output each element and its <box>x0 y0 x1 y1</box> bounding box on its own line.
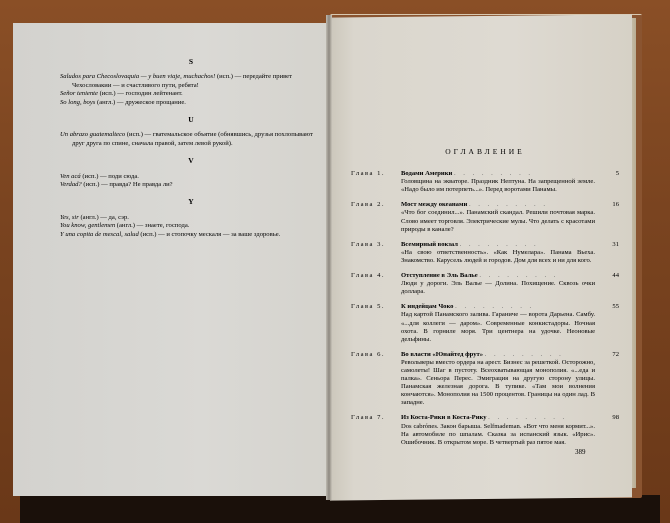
entry-term: Yes, sir <box>60 214 79 221</box>
chapter-title: Отступление в Эль Валье <box>401 272 478 279</box>
chapter-title-line: Из Коста-Рики в Коста-Рику . . . . . . .… <box>401 414 595 422</box>
chapter-body: Мост между океанами . . . . . . . . . «Ч… <box>401 201 595 233</box>
chapter-page: 16 <box>595 201 619 233</box>
toc-title: ОГЛАВЛЕНИЕ <box>351 148 619 156</box>
glossary-entry: Yes, sir (англ.) — да, сэр. <box>60 214 322 222</box>
chapter-body: Водами Америки . . . . . . . . . Головщи… <box>401 170 595 194</box>
chapter-page: 55 <box>595 303 619 343</box>
entry-term: Señor teniente <box>60 90 98 97</box>
section-letter: U <box>60 116 322 124</box>
entry-tag: (англ.) <box>97 99 115 106</box>
glossary-entry: Saludos para Checoslovaquia — y buen via… <box>60 73 322 90</box>
chapter-description: Над картой Панамского залива. Гараниче —… <box>401 311 595 343</box>
entry-term: Ven acá <box>60 173 81 180</box>
chapter-title-line: К индейцам Чоко . . . . . . . . . <box>401 303 595 311</box>
chapter-description: Люди у дороги. Эль Валье — Долина. Похищ… <box>401 280 595 296</box>
entry-tag: (исп.) <box>82 173 98 180</box>
chapter-title: Во власти «Юнайтед фрут» <box>401 351 483 358</box>
toc-list: Глава 1. Водами Америки . . . . . . . . … <box>351 170 619 447</box>
chapter-label: Глава 6. <box>351 351 401 408</box>
chapter-label: Глава 7. <box>351 414 401 446</box>
toc-entry: Глава 6. Во власти «Юнайтед фрут» . . . … <box>351 351 619 408</box>
chapter-title-line: Водами Америки . . . . . . . . . <box>401 170 595 178</box>
chapter-body: Во власти «Юнайтед фрут» . . . . . . . .… <box>401 351 595 408</box>
chapter-description: «На свою ответственность». «Как Нумелара… <box>401 249 595 265</box>
glossary-entry: Verdad? (исп.) — правда? Не правда ли? <box>60 181 322 189</box>
chapter-body: К индейцам Чоко . . . . . . . . . Над ка… <box>401 303 595 343</box>
chapter-title-line: Мост между океанами . . . . . . . . . <box>401 201 595 209</box>
toc-entry: Глава 7. Из Коста-Рики в Коста-Рику . . … <box>351 414 619 446</box>
entry-term: Saludos para Checoslovaquia — y buen via… <box>60 73 215 80</box>
chapter-body: Всемирный вокзал . . . . . . . . . «На с… <box>401 241 595 265</box>
glossary: SSaludos para Checoslovaquia — y buen vi… <box>60 55 322 248</box>
entry-term: So long, boys <box>60 99 95 106</box>
glossary-section: SSaludos para Checoslovaquia — y buen vi… <box>60 58 322 107</box>
chapter-label: Глава 5. <box>351 303 401 343</box>
chapter-description: «Что бог соединил...». Панамский скандал… <box>401 209 595 233</box>
leader-dots: . . . . . . . . . <box>460 241 539 248</box>
leader-dots: . . . . . . . . . <box>488 414 567 421</box>
glossary-entry: Un abrazo guatemalteco (исп.) — гватемал… <box>60 131 322 148</box>
glossary-section: YYes, sir (англ.) — да, сэр. You know, g… <box>60 198 322 239</box>
chapter-title: Всемирный вокзал <box>401 241 458 248</box>
chapter-page: 98 <box>595 414 619 446</box>
entry-tag: (англ.) <box>80 214 98 221</box>
chapter-label: Глава 3. <box>351 241 401 265</box>
entry-meaning: — правда? Не правда ли? <box>101 181 173 188</box>
glossary-entry: Y una copita de mescal, salud (исп.) — и… <box>60 231 322 239</box>
entry-term: Un abrazo guatemalteco <box>60 131 125 138</box>
entry-meaning: — да, сэр. <box>100 214 129 221</box>
leader-dots: . . . . . . . . . <box>469 201 548 208</box>
toc-entry: Глава 1. Водами Америки . . . . . . . . … <box>351 170 619 194</box>
book-gutter <box>326 15 332 500</box>
chapter-label: Глава 4. <box>351 272 401 296</box>
chapter-label: Глава 2. <box>351 201 401 233</box>
entry-meaning: — господин лейтенант. <box>117 90 182 97</box>
chapter-title: Мост между океанами <box>401 201 467 208</box>
entry-term: Verdad? <box>60 181 82 188</box>
toc-entry: Глава 5. К индейцам Чоко . . . . . . . .… <box>351 303 619 343</box>
entry-meaning: — поди сюда. <box>100 173 139 180</box>
chapter-body: Отступление в Эль Валье . . . . . . . . … <box>401 272 595 296</box>
section-letter: V <box>60 157 322 165</box>
entry-tag: (исп.) <box>83 181 99 188</box>
chapter-title: Из Коста-Рики в Коста-Рику <box>401 414 487 421</box>
chapter-title: К индейцам Чоко <box>401 303 453 310</box>
entry-meaning: — знаете, господа. <box>137 222 190 229</box>
chapter-label: Глава 1. <box>351 170 401 194</box>
glossary-entry: So long, boys (англ.) — дружеское прощан… <box>60 99 322 107</box>
chapter-body: Из Коста-Рики в Коста-Рику . . . . . . .… <box>401 414 595 446</box>
glossary-section: UUn abrazo guatemalteco (исп.) — гватема… <box>60 116 322 148</box>
chapter-description: Револьверы вместо ордера на арест. Бизне… <box>401 359 595 408</box>
chapter-page: 72 <box>595 351 619 408</box>
entry-term: You know, gentlemen <box>60 222 115 229</box>
chapter-page: 31 <box>595 241 619 265</box>
entry-meaning: — дружеское прощание. <box>117 99 186 106</box>
leader-dots: . . . . . . . . . <box>454 170 533 177</box>
section-letter: Y <box>60 198 322 206</box>
entry-meaning: — и стопочку мескаля — за ваше здоровье. <box>158 231 280 238</box>
leader-dots: . . . . . . . . . <box>479 272 558 279</box>
toc-entry: Глава 2. Мост между океанами . . . . . .… <box>351 201 619 233</box>
entry-tag: (исп.) <box>127 131 143 138</box>
glossary-entry: You know, gentlemen (англ.) — знаете, го… <box>60 222 322 230</box>
entry-term: Y una copita de mescal, salud <box>60 231 139 238</box>
leader-dots: . . . . . . . . . <box>485 351 564 358</box>
table-of-contents: ОГЛАВЛЕНИЕ Глава 1. Водами Америки . . .… <box>351 148 619 454</box>
chapter-title: Водами Америки <box>401 170 452 177</box>
chapter-title-line: Всемирный вокзал . . . . . . . . . <box>401 241 595 249</box>
entry-tag: (исп.) <box>217 73 233 80</box>
page-number: 389 <box>575 448 586 456</box>
entry-tag: (исп.) <box>140 231 156 238</box>
section-letter: S <box>60 58 322 66</box>
chapter-title-line: Отступление в Эль Валье . . . . . . . . … <box>401 272 595 280</box>
toc-entry: Глава 4. Отступление в Эль Валье . . . .… <box>351 272 619 296</box>
entry-tag: (англ.) <box>117 222 135 229</box>
entry-tag: (исп.) <box>100 90 116 97</box>
glossary-entry: Señor teniente (исп.) — господин лейтена… <box>60 90 322 98</box>
glossary-section: VVen acá (исп.) — поди сюда. Verdad? (ис… <box>60 157 322 189</box>
leader-dots: . . . . . . . . . <box>455 303 534 310</box>
toc-entry: Глава 3. Всемирный вокзал . . . . . . . … <box>351 241 619 265</box>
chapter-title-line: Во власти «Юнайтед фрут» . . . . . . . .… <box>401 351 595 359</box>
glossary-entry: Ven acá (исп.) — поди сюда. <box>60 173 322 181</box>
chapter-description: Dos cabrónes. Закон барыша. Selfmademan.… <box>401 423 595 447</box>
chapter-page: 5 <box>595 170 619 194</box>
chapter-page: 44 <box>595 272 619 296</box>
chapter-description: Головщина на экваторе. Праздник Нептуна.… <box>401 178 595 194</box>
